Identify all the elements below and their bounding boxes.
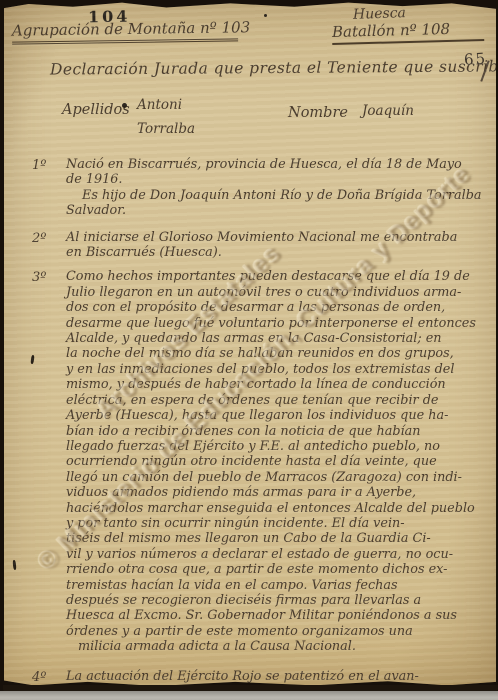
ink-blot <box>264 14 267 17</box>
handwritten-line: órdenes y a partir de este momento organ… <box>66 624 488 639</box>
handwritten-line: en Biscarrués (Huesca). <box>66 245 488 260</box>
handwritten-line: Alcalde, y quedando las armas en la Casa… <box>66 331 488 346</box>
document-title: Declaración Jurada que presta el Tenient… <box>50 57 490 78</box>
handwritten-line: la noche del mismo día se hallaban reuni… <box>66 346 488 361</box>
handwritten-line: Al iniciarse el Glorioso Movimiento Naci… <box>66 230 488 245</box>
declaration-item: 4ºLa actuación del Ejército Rojo se pate… <box>32 669 488 684</box>
handwritten-line: dos con el propósito de desarmar a las p… <box>66 300 488 315</box>
ink-blot <box>122 103 127 108</box>
handwritten-line: Como hechos importantes pueden destacars… <box>66 269 488 284</box>
handwritten-line: viduos armados pidiendo más armas para i… <box>66 485 488 500</box>
handwritten-line: tremistas hacían la vida en el campo. Va… <box>66 578 488 593</box>
item-marker: 2º <box>32 231 46 246</box>
surname-label: Apellidos <box>62 102 130 118</box>
scanned-photo: 104 Agrupación de Montaña nº 103 Huesca … <box>0 0 498 700</box>
handwritten-line: llegó un camión del pueblo de Marracos (… <box>66 470 488 485</box>
handwritten-line: llegado fuerzas del Ejército y F.E. al a… <box>66 439 488 454</box>
handwritten-line: mismo, y después de haber cortado la lín… <box>66 377 488 392</box>
handwritten-line: ocurriendo ningún otro incidente hasta e… <box>66 454 488 469</box>
surname-first-value: Antoni <box>137 97 182 113</box>
handwritten-line: Ayerbe (Huesca), hasta que llegaron los … <box>66 408 488 423</box>
unit-heading-left: Agrupación de Montaña nº 103 <box>12 18 238 44</box>
name-label: Nombre <box>288 105 348 121</box>
name-value: Joaquín <box>362 103 414 119</box>
handwritten-line: Es hijo de Don Joaquín Antoni Río y de D… <box>66 188 488 203</box>
handwritten-line: Nació en Biscarrués, provincia de Huesca… <box>66 157 488 172</box>
declaration-item: 1ºNació en Biscarrués, provincia de Hues… <box>32 157 488 219</box>
handwritten-line: de 1916. <box>66 172 488 187</box>
handwritten-line: Huesca al Excmo. Sr. Gobernador Militar … <box>66 608 488 623</box>
handwritten-line: Salvador. <box>66 203 488 218</box>
handwritten-line: haciéndolos marchar enseguida el entonce… <box>66 501 488 516</box>
handwritten-line: eléctrica, en espera de órdenes que tení… <box>66 393 488 408</box>
handwritten-line: rriendo otra cosa que, a partir de este … <box>66 562 488 577</box>
handwritten-line: desarme que luego fué voluntario por int… <box>66 316 488 331</box>
document-page: 104 Agrupación de Montaña nº 103 Huesca … <box>4 2 496 686</box>
declaration-item: 3ºComo hechos importantes pueden destaca… <box>32 269 488 654</box>
handwritten-line: Julio llegaron en un automóvil tres o cu… <box>66 285 488 300</box>
handwritten-line: milicia armada adicta a la Causa Naciona… <box>66 639 488 654</box>
handwritten-line: La actuación del Ejército Rojo se patent… <box>66 669 488 684</box>
scanner-background-strip <box>0 691 498 700</box>
handwritten-line: bían ido a recibir órdenes con la notici… <box>66 424 488 439</box>
handwritten-line: después se recogieron dieciséis firmas p… <box>66 593 488 608</box>
handwritten-line: y por tanto sin ocurrir ningún incidente… <box>66 516 488 531</box>
item-marker: 3º <box>32 270 46 285</box>
surname-second-value: Torralba <box>137 121 195 137</box>
item-marker: 1º <box>32 158 46 173</box>
handwritten-line: tiséis del mismo mes llegaron un Cabo de… <box>66 531 488 546</box>
ink-blot <box>12 560 16 570</box>
handwritten-line: y en las inmediaciones del pueblo, todos… <box>66 362 488 377</box>
item-marker: 4º <box>32 670 46 685</box>
declaration-item: 2ºAl iniciarse el Glorioso Movimiento Na… <box>32 230 488 261</box>
unit-heading-right: Batallón nº 108 <box>332 19 485 45</box>
handwritten-line: vil y varios números a declarar el estad… <box>66 547 488 562</box>
declaration-items: 1ºNació en Biscarrués, provincia de Hues… <box>32 157 488 684</box>
